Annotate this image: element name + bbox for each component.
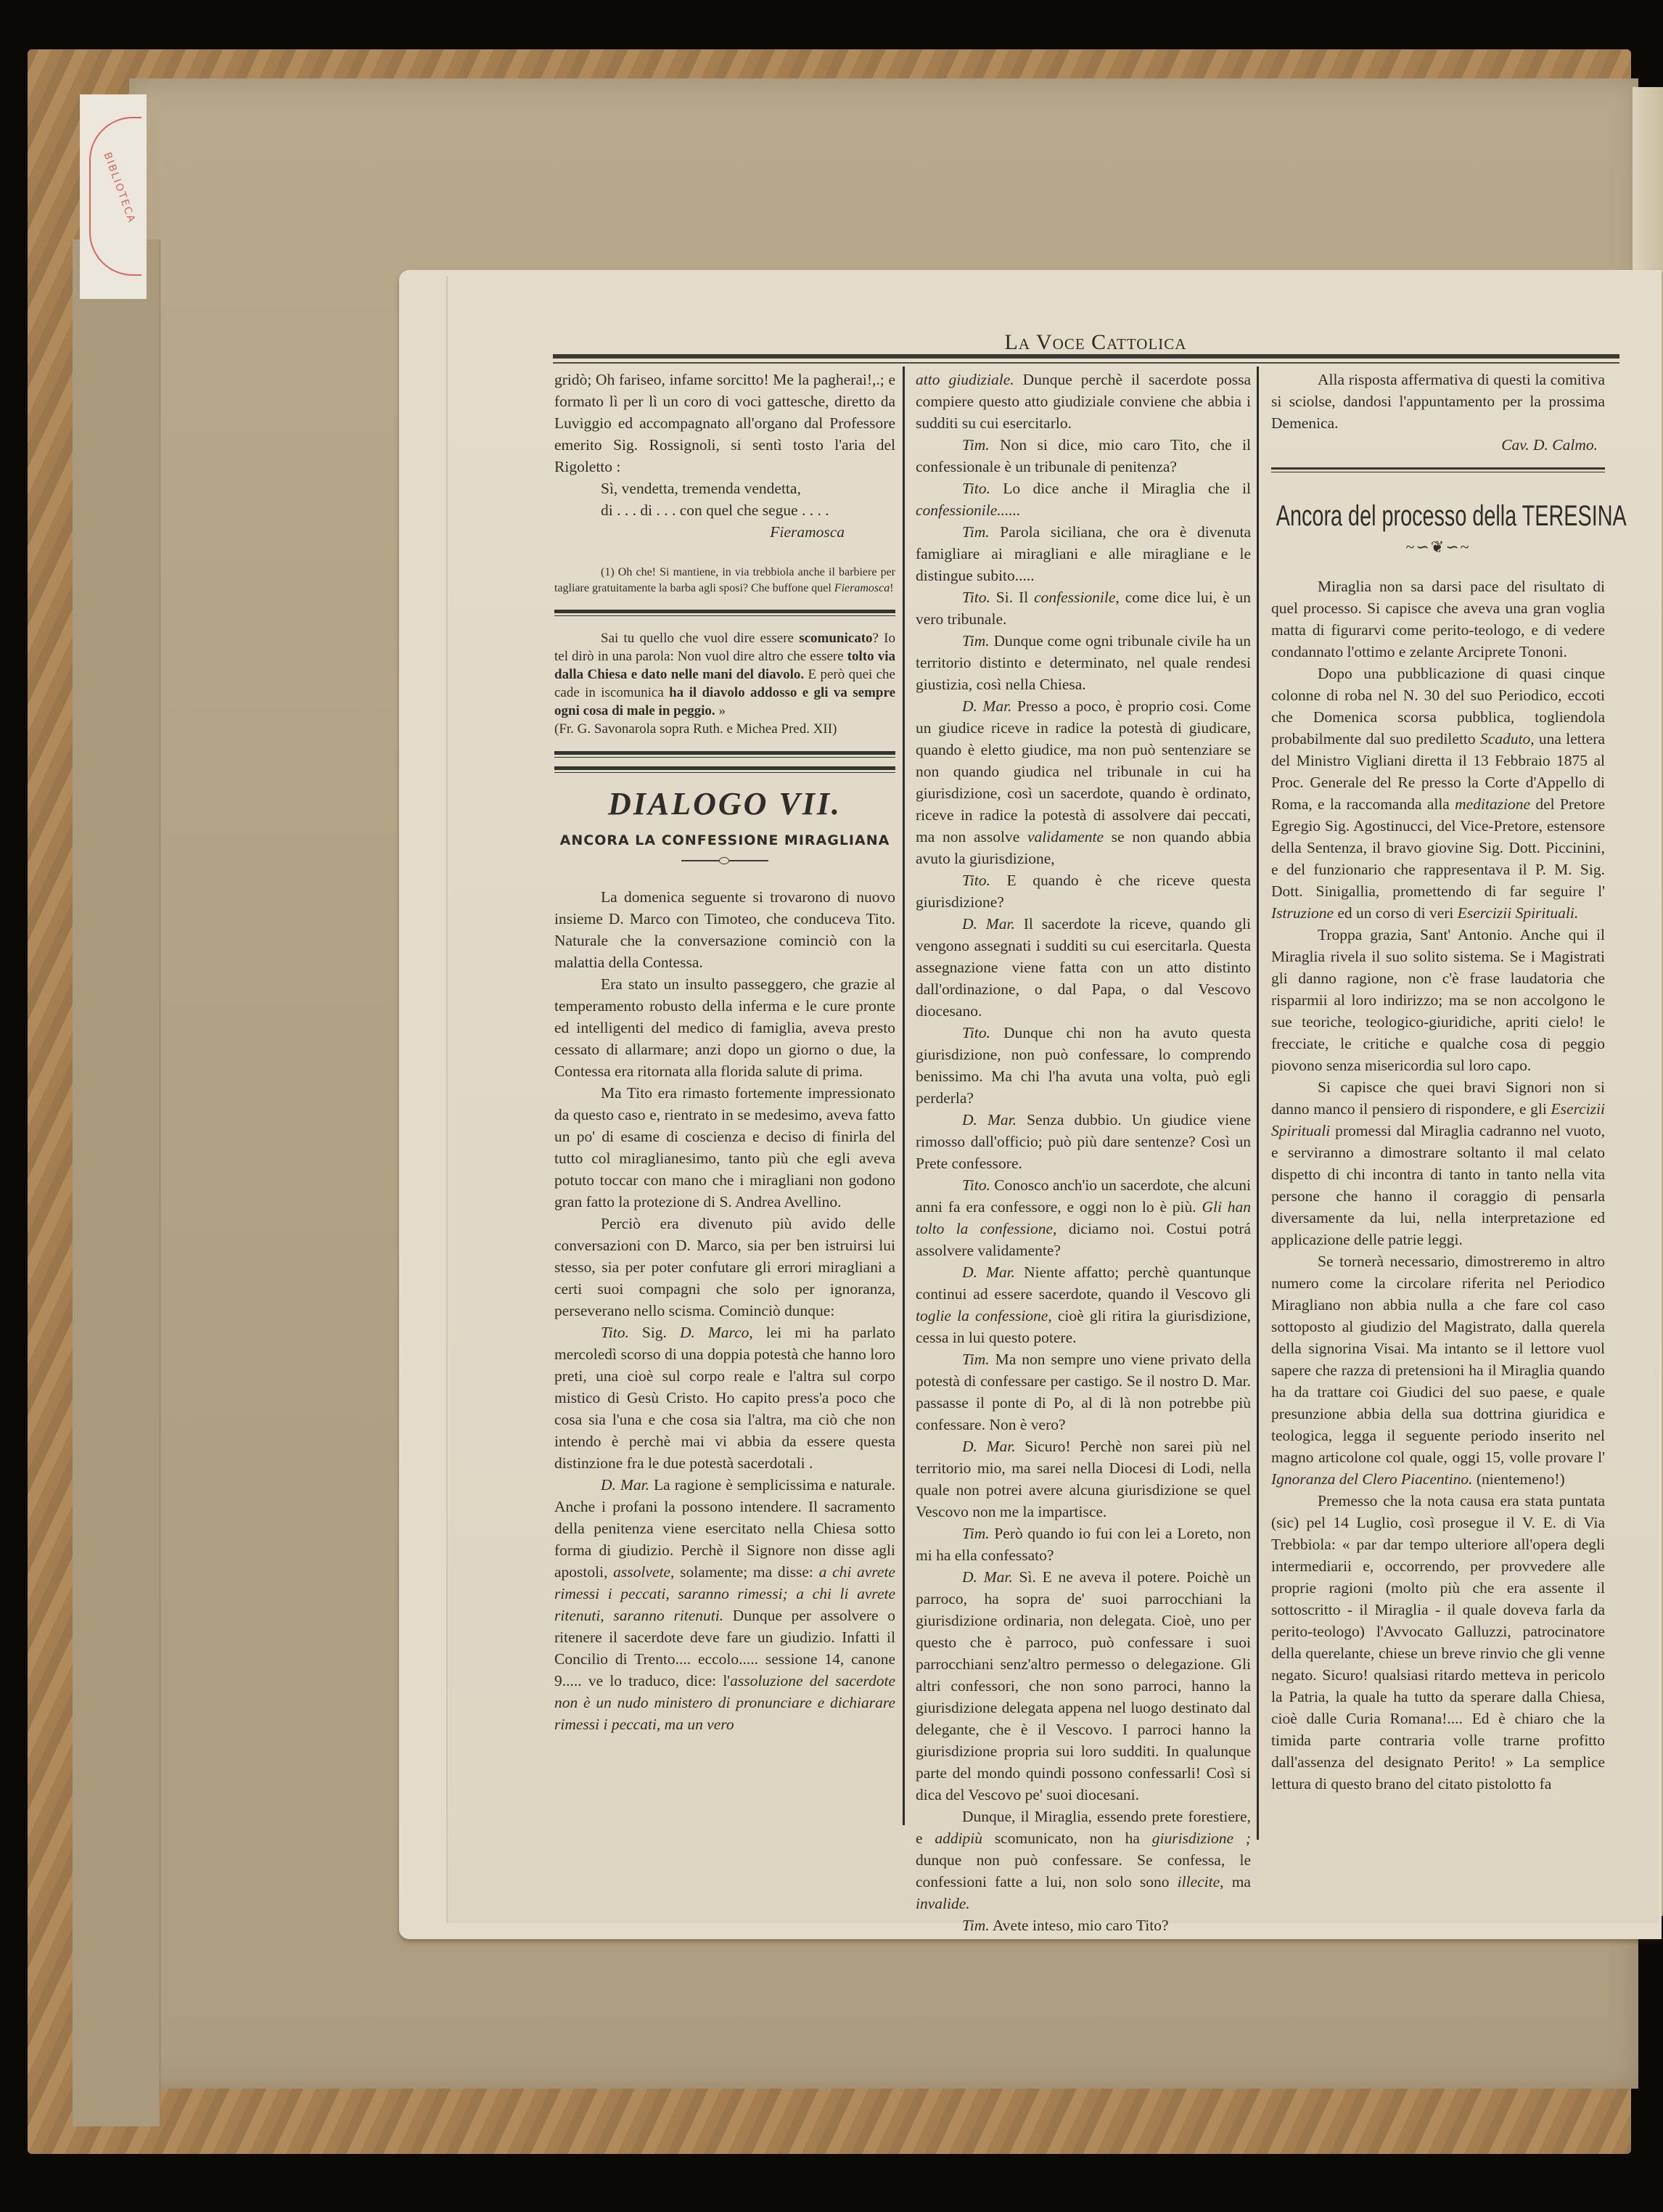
section-rule	[554, 766, 895, 773]
article-title: Ancora del processo della TERESINA	[1276, 499, 1600, 533]
dialogue-line: Tim. Parola siciliana, che ora è divenut…	[916, 521, 1251, 586]
stamp-border	[89, 117, 141, 276]
dialogue-line: Tim. Avete inteso, mio caro Tito?	[916, 1914, 1251, 1936]
paragraph: Era stato un insulto passeggero, che gra…	[554, 973, 895, 1082]
continued-text: gridò; Oh fariseo, infame sorcitto! Me l…	[554, 369, 895, 478]
footnote: (1) Oh che! Si mantiene, in via trebbiol…	[554, 565, 895, 597]
dialogue-line: Tim. Però quando io fui con lei a Loreto…	[916, 1523, 1251, 1566]
masthead-title: La Voce Cattolica	[907, 330, 1284, 355]
dialogue-line: D. Mar. Presso a poco, è proprio cosi. C…	[916, 695, 1251, 869]
paragraph: Premesso che la nota causa era stata pun…	[1271, 1490, 1605, 1795]
dialogue-line: Tito. Dunque chi non ha avuto questa giu…	[916, 1022, 1251, 1109]
paragraph: Miraglia non sa darsi pace del risultato…	[1271, 575, 1605, 663]
verse-line-1: Sì, vendetta, tremenda vendetta,	[554, 478, 895, 499]
masthead-rule	[553, 354, 1619, 359]
dialogue-line: D. Mar. Senza dubbio. Un giudice viene r…	[916, 1109, 1251, 1174]
paragraph: Si capisce che quei bravi Signori non si…	[1271, 1076, 1605, 1250]
paragraph: Troppa grazia, Sant' Antonio. Anche qui …	[1271, 924, 1605, 1076]
dialogue-line: D. Mar. Sicuro! Perchè non sarei più nel…	[916, 1435, 1251, 1523]
verse-line-2: di . . . di . . . con quel che segue . .…	[554, 499, 895, 521]
paragraph: Se tornerà necessario, dimostreremo in a…	[1271, 1250, 1605, 1490]
endpaper-edge	[73, 239, 160, 2126]
dialogue-line: Tim. Dunque come ogni tribunale civile h…	[916, 630, 1251, 695]
ornament-divider	[681, 860, 768, 861]
column-divider-1	[903, 366, 905, 1825]
library-stamp: BIBLIOTECA	[80, 94, 147, 299]
dialogue-line: D. Mar. Niente affatto; perchè quantunqu…	[916, 1261, 1251, 1348]
ornament-swash: ~∽❦∽~	[1271, 536, 1605, 558]
conclusion-paragraph: Dunque, il Miraglia, essendo prete fores…	[916, 1806, 1251, 1914]
masthead-rule-thin	[553, 362, 1619, 364]
dialogue-line: D. Mar. La ragione è semplicissima e nat…	[554, 1474, 895, 1735]
column-3: Alla risposta affermativa di questi la c…	[1271, 369, 1605, 1795]
closing-paragraph: Alla risposta affermativa di questi la c…	[1271, 369, 1605, 434]
dialogue-line: Tito. E quando è che riceve questa giuri…	[916, 869, 1251, 913]
dialogue-line: Tim. Non si dice, mio caro Tito, che il …	[916, 434, 1251, 478]
savonarola-quote: Sai tu quello che vuol dire essere scomu…	[554, 629, 895, 720]
section-rule	[554, 751, 895, 758]
dialogue-subtitle: ANCORA LA CONFESSIONE MIRAGLIANA	[554, 829, 895, 851]
dialogue-line: Tim. Ma non sempre uno viene privato del…	[916, 1348, 1251, 1435]
signature-calmo: Cav. D. Calmo.	[1271, 434, 1605, 456]
signature-fieramosca: Fieramosca	[554, 521, 895, 543]
dialogue-title: DIALOGO VII.	[554, 786, 895, 822]
paragraph: La domenica seguente si trovarono di nuo…	[554, 886, 895, 973]
section-rule	[554, 610, 895, 616]
section-rule	[1271, 467, 1605, 472]
quote-source: (Fr. G. Savonarola sopra Ruth. e Michea …	[554, 720, 895, 738]
column-2: atto giudiziale. Dunque perchè il sacerd…	[916, 369, 1251, 1936]
paragraph: Ma Tito era rimasto fortemente impressio…	[554, 1082, 895, 1213]
paragraph: Dopo una pubblicazione di quasi cinque c…	[1271, 663, 1605, 924]
continued-text: atto giudiziale. Dunque perchè il sacerd…	[916, 369, 1251, 434]
dialogue-line: D. Mar. Sì. E ne aveva il potere. Poichè…	[916, 1566, 1251, 1806]
dialogue-line: Tito. Sig. D. Marco, lei mi ha parlato m…	[554, 1322, 895, 1474]
paragraph: Perciò era divenuto più avido delle conv…	[554, 1213, 895, 1322]
dialogue-line: Tito. Lo dice anche il Miraglia che il c…	[916, 478, 1251, 521]
dialogue-line: Tito. Si. Il confessionile, come dice lu…	[916, 586, 1251, 630]
column-divider-2	[1257, 366, 1259, 1840]
dialogue-line: D. Mar. Il sacerdote la riceve, quando g…	[916, 913, 1251, 1022]
column-1: gridò; Oh fariseo, infame sorcitto! Me l…	[554, 369, 895, 1735]
dialogue-line: Tito. Conosco anch'io un sacerdote, che …	[916, 1174, 1251, 1261]
